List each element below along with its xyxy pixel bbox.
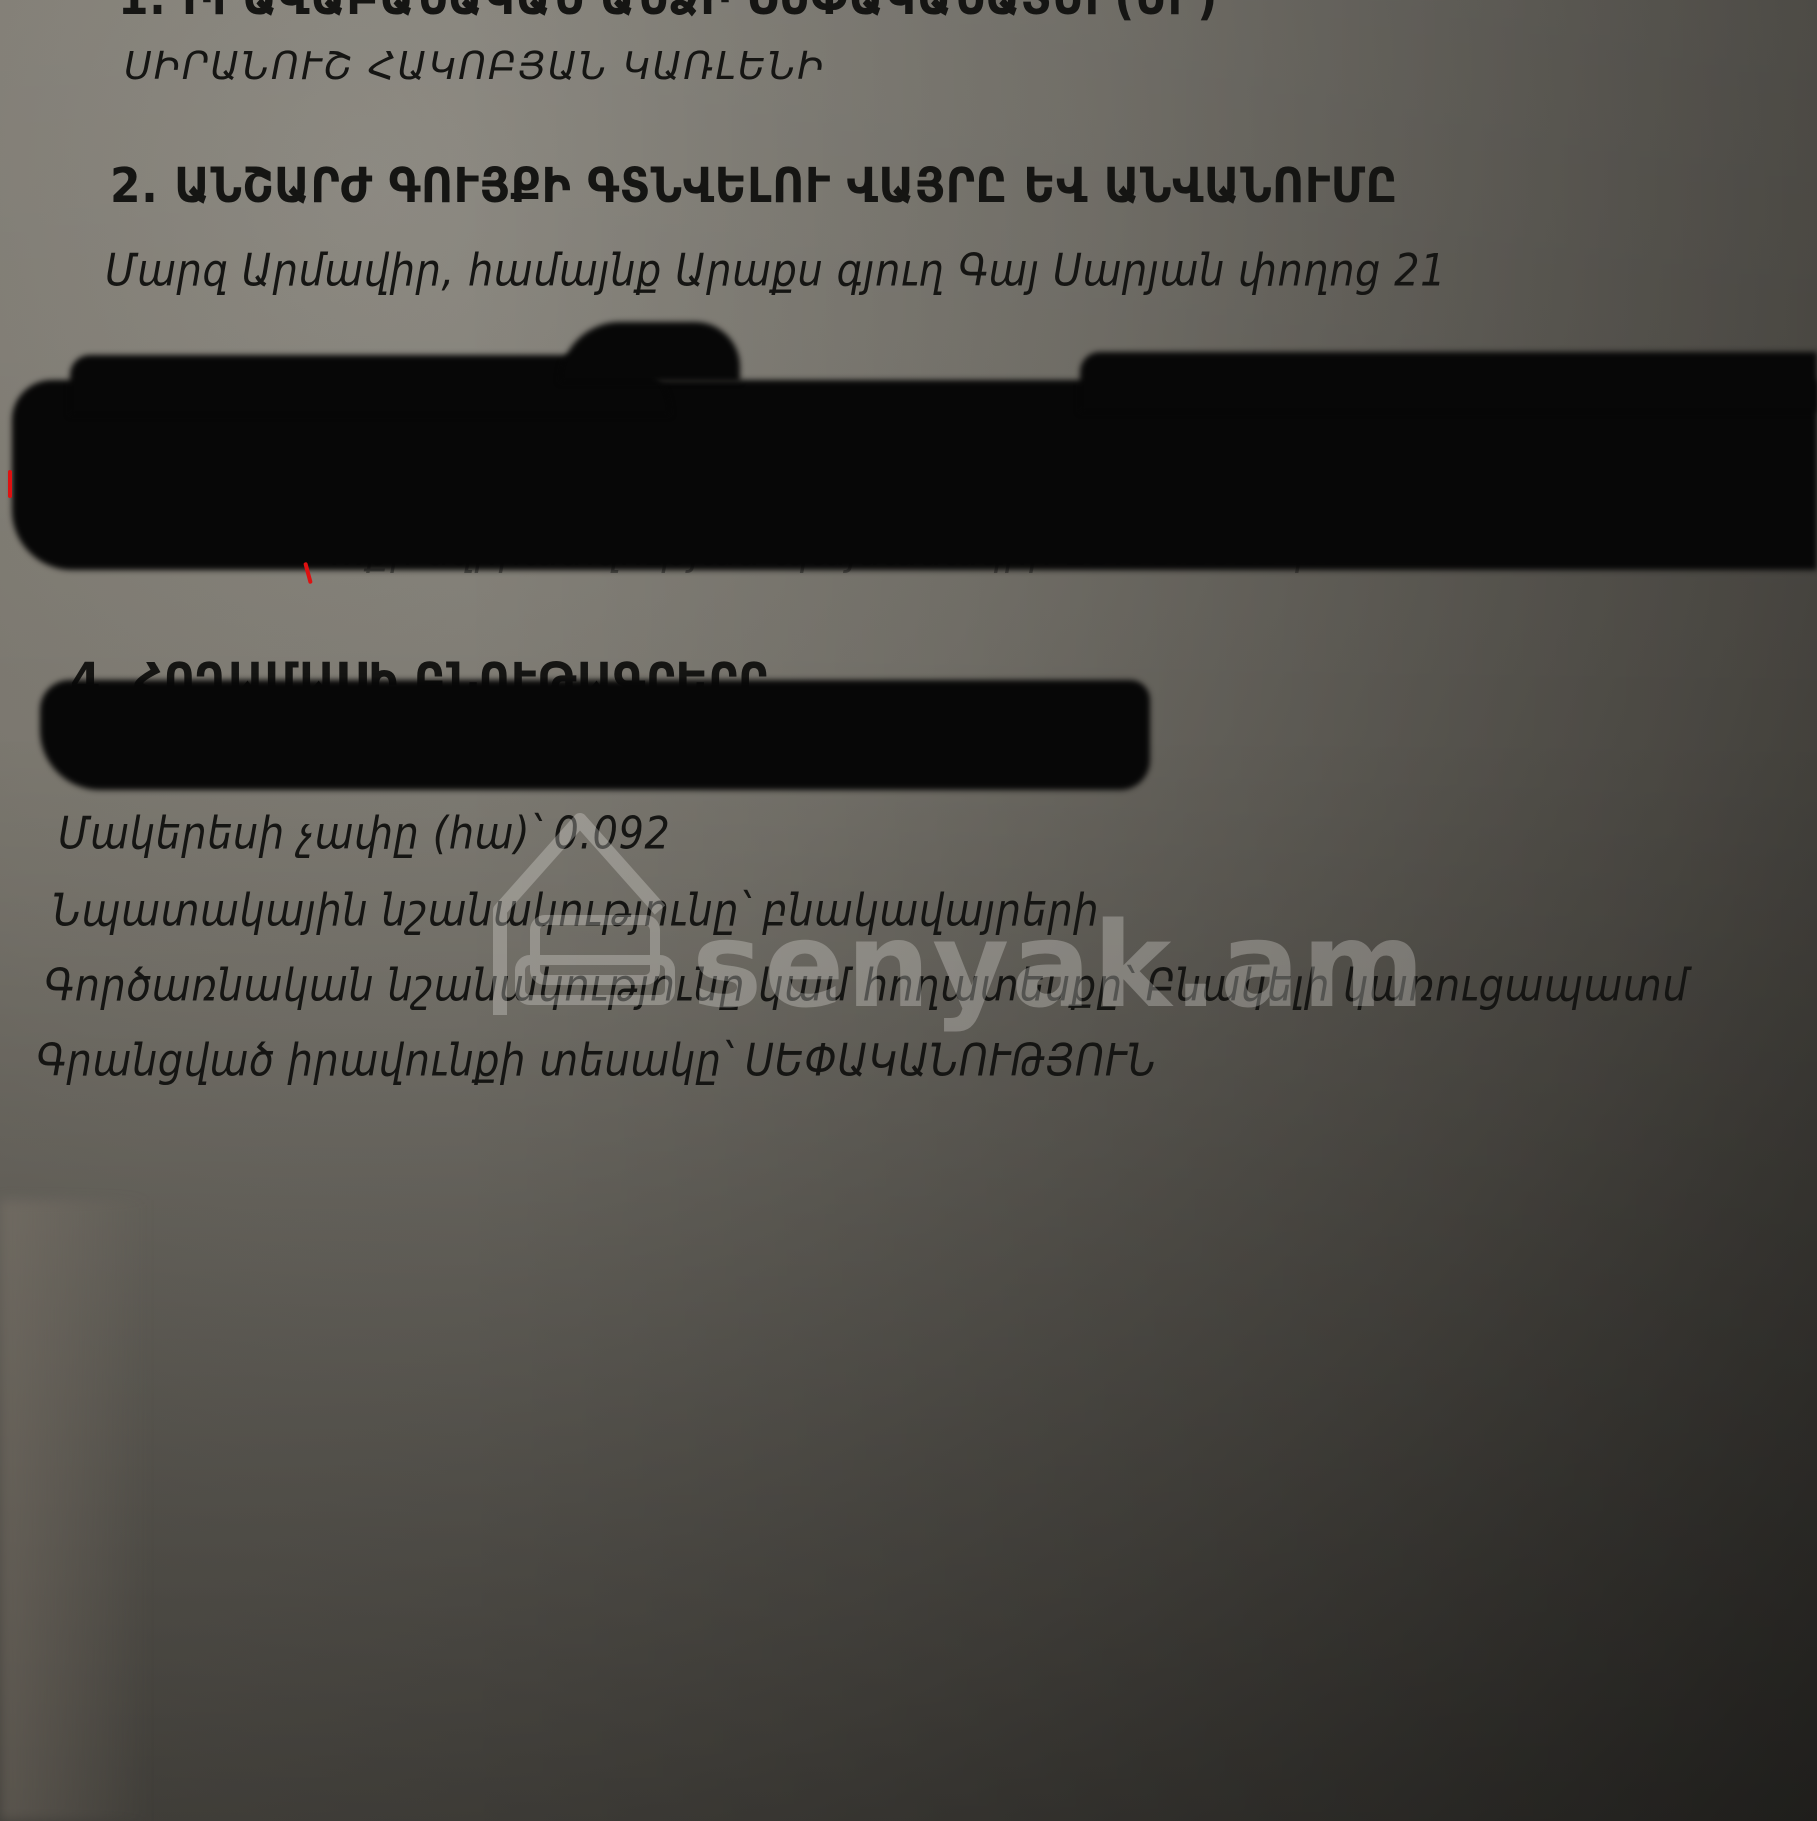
row-value: 0.092 bbox=[553, 808, 670, 860]
registered-right-row: Գրանցված իրավունքի տեսակը՝ ՍԵՓԱԿԱՆՈՒԹՅՈՒ… bbox=[36, 1035, 1157, 1087]
row-value: ՍԵՓԱԿԱՆՈՒԹՅՈՒՆ bbox=[745, 1035, 1157, 1087]
section1-heading: 1. ԻՐԱՎԱԲԱՆԱԿԱՆ ԱՆՁԻ ՍԵՓԱԿԱՆԱՏԵՐ(ԵՐ) bbox=[118, 0, 1218, 26]
row-label: Գրանցված իրավունքի տեսակը՝ bbox=[36, 1035, 732, 1087]
row-label: Մակերեսի չափը (հա)՝ bbox=[58, 808, 540, 860]
red-pen-mark bbox=[8, 470, 12, 498]
paper-crease bbox=[0, 1200, 150, 1821]
property-address: Մարզ Արմավիր, համայնք Արաքս գյուղ Գայ Սա… bbox=[105, 245, 1446, 297]
redaction-mark bbox=[1080, 352, 1817, 412]
row-value: բնակավայրերի bbox=[762, 885, 1099, 937]
owner-name: ՍԻՐԱՆՈՒՇ ՀԱԿՈԲՅԱՆ ԿԱՌԼԵՆԻ bbox=[124, 44, 826, 88]
function-row: Գործառնական նշանակությունը կամ հողատեսքը… bbox=[44, 960, 1688, 1012]
row-label: Գործառնական նշանակությունը կամ հողատեսքը… bbox=[44, 960, 1133, 1012]
redaction-mark bbox=[560, 322, 740, 382]
row-label: Նպատակային նշանակությունը՝ bbox=[52, 885, 749, 937]
area-row: Մակերեսի չափը (հա)՝ 0.092 bbox=[58, 808, 670, 860]
purpose-row: Նպատակային նշանակությունը՝ բնակավայրերի bbox=[52, 885, 1099, 937]
section2-heading: 2. ԱՆՇԱՐԺ ԳՈՒՅՔԻ ԳՏՆՎԵԼՈՒ ՎԱՅՐԸ ԵՎ ԱՆՎԱՆ… bbox=[110, 158, 1398, 214]
redaction-mark bbox=[40, 680, 1150, 790]
row-value: Բնակելի կառուցապատմ bbox=[1146, 960, 1688, 1012]
